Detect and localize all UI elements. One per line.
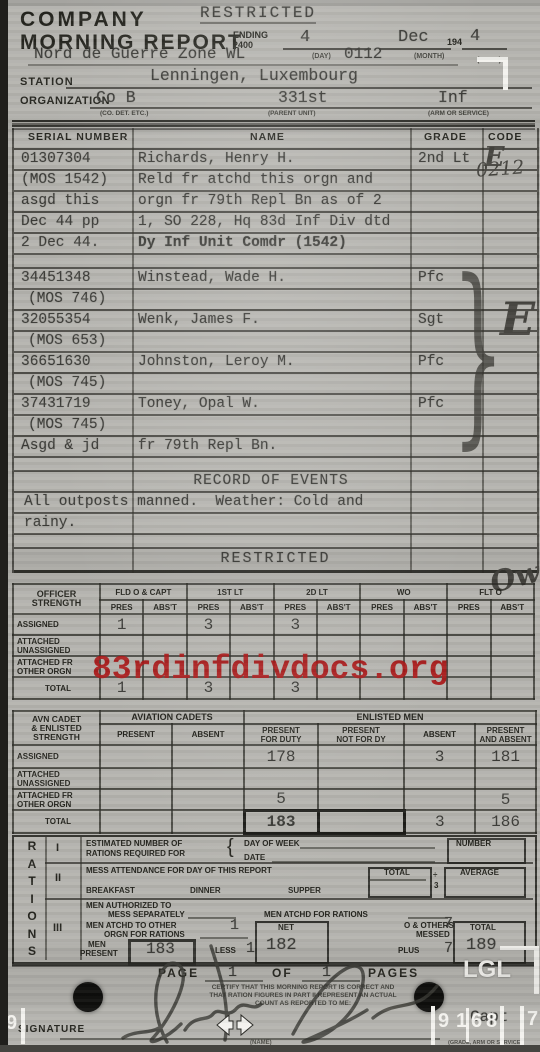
divide-sign: ÷ bbox=[433, 870, 437, 879]
ending-label: ENDING bbox=[233, 30, 268, 40]
row-label: ASSIGNED bbox=[13, 745, 100, 768]
month-blank-rule bbox=[379, 48, 451, 50]
punch-hole-left bbox=[73, 982, 103, 1012]
event-line-row: All outposts manned. Weather: Cold and bbox=[14, 493, 537, 514]
value-cell bbox=[318, 745, 404, 768]
org-unit-sublabel: (CO. DET. ETC.) bbox=[100, 110, 148, 117]
morning-report-scan: RESTRICTED COMPANY MORNING REPORT ENDING… bbox=[0, 0, 540, 1052]
year-blank-rule bbox=[462, 48, 507, 50]
day-sublabel: (DAY) bbox=[312, 53, 331, 60]
enlisted-attached-unassigned-row: ATTACHED UNASSIGNED bbox=[13, 768, 536, 789]
value-cell: 178 bbox=[244, 745, 318, 768]
value-cell: 3 bbox=[404, 810, 475, 833]
value-cell: 3 bbox=[187, 614, 230, 635]
rations-total-value: 189 bbox=[466, 936, 497, 955]
serial-cell: 2 Dec 44. bbox=[21, 235, 99, 251]
rations-brace: { bbox=[227, 836, 234, 859]
o-and-others-value: 7 bbox=[444, 915, 453, 932]
date-label: DATE bbox=[244, 853, 265, 862]
day-value: 4 bbox=[300, 28, 310, 47]
record-of-events-title: RECORD OF EVENTS bbox=[132, 473, 410, 489]
row-label: ATTACHED FR OTHER ORGN bbox=[13, 789, 100, 810]
men-atchd-for-rations-label: MEN ATCHD FOR RATIONS bbox=[264, 910, 368, 919]
enlisted-attached-fr-other-row: ATTACHED FR OTHER ORGN 5 5 bbox=[13, 789, 536, 810]
absent-header: ABSENT bbox=[404, 724, 475, 745]
value-cell bbox=[230, 614, 273, 635]
value-cell bbox=[172, 745, 244, 768]
org-parent-value: 331st bbox=[278, 88, 328, 107]
row-label: ATTACHED UNASSIGNED bbox=[13, 635, 100, 656]
roster-top-rule bbox=[12, 125, 535, 127]
atchd-for-rations-blank bbox=[408, 917, 448, 919]
roster-header-row: SERIAL NUMBER NAME GRADE CODE bbox=[14, 128, 537, 150]
col-group-2d-lt: 2D LT bbox=[274, 584, 361, 600]
film-frame-bar bbox=[466, 1008, 469, 1042]
name-cell: Winstead, Wade H. bbox=[138, 270, 286, 286]
name-cell: Reld fr atchd this orgn and bbox=[138, 172, 373, 188]
value-cell bbox=[317, 614, 360, 635]
film-edge-left bbox=[0, 0, 8, 1052]
atchd-other-blank bbox=[200, 937, 248, 939]
form-title-line1: COMPANY bbox=[20, 8, 147, 32]
serial-cell: 01307304 bbox=[21, 151, 91, 167]
col-group-fldo-capt: FLD O & CAPT bbox=[100, 584, 187, 600]
value-cell: 3 bbox=[404, 745, 475, 768]
rations-section2-rule bbox=[45, 898, 533, 900]
value-cell bbox=[404, 614, 447, 635]
men-atchd-other-label2: ORGN FOR RATIONS bbox=[104, 930, 185, 939]
men-authorized-label2: MESS SEPARATELY bbox=[108, 910, 185, 919]
row-label: TOTAL bbox=[13, 810, 100, 833]
officer-assigned-row: ASSIGNED 1 3 3 bbox=[13, 614, 534, 635]
present-for-duty-header: PRESENT FOR DUTY bbox=[244, 724, 318, 745]
org-arm-value: Inf bbox=[438, 88, 468, 107]
restricted-stamp-top: RESTRICTED bbox=[200, 4, 316, 24]
serial-cell: 34451348 bbox=[21, 270, 91, 286]
present-not-for-duty-header: PRESENT NOT FOR DY bbox=[318, 724, 404, 745]
name-cell: Wenk, James F. bbox=[138, 312, 260, 328]
record-of-events-row: RECORD OF EVENTS bbox=[14, 472, 537, 493]
serial-cell: 32055354 bbox=[21, 312, 91, 328]
serial-cell: (MOS 745) bbox=[28, 417, 106, 433]
name-cell: orgn fr 79th Repl Bn as of 2 bbox=[138, 193, 382, 209]
value-cell bbox=[172, 810, 244, 833]
film-frame-bar bbox=[21, 1008, 25, 1044]
film-frame-number: 9 bbox=[438, 1010, 449, 1033]
roster-row: 01307304 Richards, Henry H. 2nd Lt bbox=[14, 150, 537, 171]
serial-cell: asgd this bbox=[21, 193, 99, 209]
serial-cell: (MOS 746) bbox=[28, 291, 106, 307]
pres-header: PRES bbox=[360, 600, 403, 614]
men-present-label1: MEN bbox=[88, 940, 106, 949]
divisor: 3 bbox=[434, 881, 438, 890]
serial-cell: (MOS 1542) bbox=[21, 172, 108, 188]
value-cell: 181 bbox=[475, 745, 536, 768]
supper-label: SUPPER bbox=[288, 886, 321, 895]
film-frame-number: 7 bbox=[527, 1008, 538, 1031]
name-cell: fr 79th Repl Bn. bbox=[138, 438, 277, 454]
officer-strength-title: OFFICER STRENGTH bbox=[13, 584, 100, 614]
enlisted-assigned-row: ASSIGNED 178 3 181 bbox=[13, 745, 536, 768]
serial-cell: Dec 44 pp bbox=[21, 214, 99, 230]
serial-cell: 37431719 bbox=[21, 396, 91, 412]
event-line: rainy. bbox=[24, 515, 76, 531]
rations-vertical-label: R A T I O N S bbox=[25, 838, 39, 961]
enlisted-strength-table: AVN CADET & ENLISTED STRENGTH AVIATION C… bbox=[12, 710, 537, 835]
org-parent-sublabel: (PARENT UNIT) bbox=[268, 110, 316, 117]
name-header: NAME bbox=[250, 131, 285, 143]
name-cell: Dy Inf Unit Comdr (1542) bbox=[138, 235, 347, 251]
mess-attendance-label: MESS ATTENDANCE FOR DAY OF THIS REPORT bbox=[86, 866, 272, 875]
handwritten-brace: } bbox=[452, 258, 477, 448]
grade-cell: Pfc bbox=[418, 354, 444, 370]
col-group-aviation-cadets: AVIATION CADETS bbox=[100, 711, 244, 724]
grade-cell: Pfc bbox=[418, 396, 444, 412]
rations-total-label: TOTAL bbox=[470, 923, 496, 932]
col-group-flt-o: FLT O bbox=[447, 584, 534, 600]
pres-header: PRES bbox=[187, 600, 230, 614]
film-frame-number: 6 bbox=[471, 1010, 482, 1033]
value-cell bbox=[100, 810, 172, 833]
organization-rule bbox=[90, 107, 532, 109]
men-atchd-other-label1: MEN ATCHD TO OTHER bbox=[86, 921, 177, 930]
roster-row: Dec 44 pp 1, SO 228, Hq 83d Inf Div dtd bbox=[14, 213, 537, 234]
col-group-1st-lt: 1ST LT bbox=[187, 584, 274, 600]
abst-header: ABS'T bbox=[230, 600, 273, 614]
abst-header: ABS'T bbox=[404, 600, 447, 614]
month-sublabel: (MONTH) bbox=[414, 53, 444, 60]
station-value: Lenningen, Luxembourg bbox=[150, 66, 358, 85]
net-label: NET bbox=[278, 923, 294, 932]
value-cell: 3 bbox=[274, 614, 317, 635]
col-group-wo: WO bbox=[360, 584, 447, 600]
value-cell bbox=[318, 789, 404, 810]
row-label: ASSIGNED bbox=[13, 614, 100, 635]
value-cell bbox=[404, 789, 475, 810]
total-present-not-for-duty-cell bbox=[318, 810, 404, 833]
month-value: Dec bbox=[398, 28, 429, 47]
average-label: AVERAGE bbox=[460, 868, 499, 877]
film-frame-bar bbox=[500, 1006, 504, 1046]
horizontal-arrows-icon bbox=[216, 1012, 254, 1038]
serial-cell: 36651630 bbox=[21, 354, 91, 370]
roster-blank-row bbox=[14, 535, 537, 549]
grade-cell: 2nd Lt bbox=[418, 151, 470, 167]
absent-header: ABSENT bbox=[172, 724, 244, 745]
total-present-for-duty-cell: 183 bbox=[244, 810, 318, 833]
serial-cell: Asgd & jd bbox=[21, 438, 99, 454]
film-frame-bar bbox=[520, 1006, 524, 1046]
value-cell bbox=[143, 614, 186, 635]
atchd-other-value: 1 bbox=[230, 917, 239, 934]
date-blank bbox=[272, 861, 435, 863]
signature-label: SIGNATURE bbox=[18, 1024, 85, 1035]
value-cell bbox=[100, 789, 172, 810]
roster-col-divider bbox=[132, 128, 134, 573]
serial-cell: (MOS 745) bbox=[28, 375, 106, 391]
enlisted-total-row: TOTAL 183 3 186 bbox=[13, 810, 536, 833]
breakfast-label: BREAKFAST bbox=[86, 886, 135, 895]
grade-header: GRADE bbox=[424, 131, 467, 143]
value-cell: 1 bbox=[100, 614, 143, 635]
mess-total-label: TOTAL bbox=[384, 868, 410, 877]
film-frame-bar bbox=[431, 1006, 435, 1046]
value-cell bbox=[491, 677, 534, 699]
header-separator-rule bbox=[12, 120, 535, 122]
film-lgl-mark: LGL bbox=[463, 956, 511, 984]
value-cell: 5 bbox=[244, 789, 318, 810]
event-line: All outposts manned. Weather: Cold and bbox=[24, 494, 363, 510]
section-iii-numeral: III bbox=[53, 922, 62, 934]
restricted-stamp-row: RESTRICTED bbox=[14, 549, 537, 573]
value-cell bbox=[100, 745, 172, 768]
film-corner-mark-top bbox=[477, 57, 508, 90]
serial-number-header: SERIAL NUMBER bbox=[28, 131, 128, 143]
dinner-label: DINNER bbox=[190, 886, 221, 895]
grade-cell: Pfc bbox=[418, 270, 444, 286]
present-header: PRESENT bbox=[100, 724, 172, 745]
roster-row: (MOS 1542) Reld fr atchd this orgn and bbox=[14, 171, 537, 192]
signature-scribble bbox=[115, 942, 460, 1050]
site-watermark: 83rdinfdivdocs.org bbox=[92, 651, 448, 688]
section-ii-numeral: II bbox=[55, 872, 61, 884]
org-arm-sublabel: (ARM OR SERVICE) bbox=[428, 110, 489, 117]
film-edge-bottom bbox=[0, 1045, 540, 1052]
day-of-week-blank bbox=[300, 847, 435, 849]
abst-header: ABS'T bbox=[143, 600, 186, 614]
name-cell: Toney, Opal W. bbox=[138, 396, 260, 412]
org-unit-value: Co B bbox=[96, 88, 136, 107]
roster-col-divider bbox=[410, 128, 412, 573]
grade-cell: Sgt bbox=[418, 312, 444, 328]
abst-header: ABS'T bbox=[491, 600, 534, 614]
estimated-rations-label1: ESTIMATED NUMBER OF bbox=[86, 839, 182, 848]
pres-header: PRES bbox=[447, 600, 490, 614]
mess-total-inner-rule bbox=[370, 879, 426, 881]
row-label: ATTACHED UNASSIGNED bbox=[13, 768, 100, 789]
value-cell bbox=[360, 614, 403, 635]
event-line-row: rainy. bbox=[14, 514, 537, 535]
name-cell: Johnston, Leroy M. bbox=[138, 354, 295, 370]
avn-enlisted-title: AVN CADET & ENLISTED STRENGTH bbox=[13, 711, 100, 745]
film-frame-number: 8 bbox=[486, 1010, 497, 1033]
row-label: ATTACHED FR OTHER ORGN bbox=[13, 656, 100, 677]
section-i-numeral: I bbox=[56, 842, 59, 854]
value-cell bbox=[491, 614, 534, 635]
men-present-label2: PRESENT bbox=[80, 949, 118, 958]
restricted-stamp-mid: RESTRICTED bbox=[14, 550, 537, 567]
value-cell: 5 bbox=[475, 789, 536, 810]
value-cell bbox=[172, 789, 244, 810]
row-label: TOTAL bbox=[13, 677, 100, 699]
year-prefix: 194 bbox=[447, 37, 462, 47]
day-of-week-label: DAY OF WEEK bbox=[244, 839, 300, 848]
value-cell: 186 bbox=[475, 810, 536, 833]
coordinates-value: Nord de Guerre Zone WL bbox=[34, 45, 245, 63]
serial-cell: (MOS 653) bbox=[28, 333, 106, 349]
abst-header: ABS'T bbox=[317, 600, 360, 614]
roster-row: asgd this orgn fr 79th Repl Bn as of 2 bbox=[14, 192, 537, 213]
pres-header: PRES bbox=[100, 600, 143, 614]
handwritten-code-number: 0212 bbox=[475, 156, 525, 181]
pres-header: PRES bbox=[274, 600, 317, 614]
value-cell bbox=[447, 677, 490, 699]
men-authorized-label1: MEN AUTHORIZED TO bbox=[86, 901, 171, 910]
estimated-rations-label2: RATIONS REQUIRED FOR bbox=[86, 849, 185, 858]
number-label: NUMBER bbox=[456, 839, 491, 848]
mess-separately-blank bbox=[188, 917, 236, 919]
name-cell: 1, SO 228, Hq 83d Inf Div dtd bbox=[138, 214, 390, 230]
col-group-enlisted-men: ENLISTED MEN bbox=[244, 711, 536, 724]
handwritten-brace-letter: E bbox=[500, 292, 535, 346]
name-cell: Richards, Henry H. bbox=[138, 151, 295, 167]
present-and-absent-header: PRESENT AND ABSENT bbox=[475, 724, 536, 745]
year-value: 4 bbox=[470, 27, 480, 46]
value-cell bbox=[447, 614, 490, 635]
coordinates-number: 0112 bbox=[344, 45, 382, 63]
